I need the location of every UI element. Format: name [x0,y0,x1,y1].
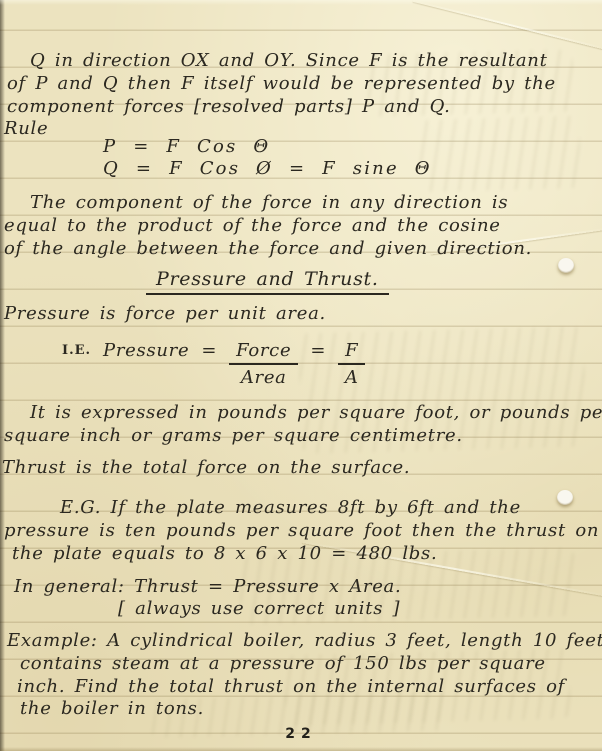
note-line: equal to the product of the force and th… [4,216,501,237]
note-line: Example: A cylindrical boiler, radius 3 … [7,631,602,652]
general-note: [ always use correct units ] [118,599,400,620]
pressure-formula: I.E. Pressure = Force Area = F A [62,341,365,388]
page-number: 22 [0,726,602,742]
note-line: of P and Q then F itself would be repres… [7,74,556,95]
note-line: of the angle between the force and given… [4,239,532,260]
fraction-denominator: A [345,365,359,389]
note-line: pressure is ten pounds per square foot t… [4,521,599,542]
scan-edge [0,0,5,751]
pressure-word: Pressure [103,341,189,362]
fraction-denominator: Area [241,365,287,389]
note-line: the boiler in tons. [20,699,204,720]
f-a-fraction: F A [338,341,365,388]
note-line: the plate equals to 8 x 6 x 10 = 480 lbs… [12,544,437,565]
formula-q: Q = F Cos Ø = F sine Θ [103,159,432,180]
scan-edge [0,747,602,751]
general-rule: In general: Thrust = Pressure x Area. [14,577,401,598]
note-line: component forces [resolved parts] P and … [7,97,451,118]
note-line: The component of the force in any direct… [30,193,508,214]
note-line: square inch or grams per square centimet… [4,426,463,447]
section-heading: Pressure and Thrust. [146,269,389,295]
force-area-fraction: Force Area [229,341,298,388]
hole-punch [558,258,574,273]
equals-sign: = [310,341,326,362]
thrust-definition: Thrust is the total force on the surface… [2,458,410,479]
ink-bleedthrough [419,116,581,192]
note-line: Q in direction OX and OY. Since F is the… [30,51,548,72]
fraction-numerator: F [338,341,365,365]
note-line: inch. Find the total thrust on the inter… [17,677,565,698]
notebook-page: Q in direction OX and OY. Since F is the… [0,0,602,751]
equals-sign: = [201,341,217,362]
fraction-numerator: Force [229,341,298,365]
pressure-definition: Pressure is force per unit area. [4,304,326,325]
formula-p: P = F Cos Θ [103,137,270,158]
note-line: contains steam at a pressure of 150 lbs … [20,654,546,675]
scan-edge [0,0,602,5]
note-line: E.G. If the plate measures 8ft by 6ft an… [60,498,521,519]
note-line: It is expressed in pounds per square foo… [30,403,602,424]
rule-label: Rule [4,119,48,140]
paper-crease [413,0,602,50]
ie-label: I.E. [62,344,91,359]
hole-punch [557,490,573,505]
